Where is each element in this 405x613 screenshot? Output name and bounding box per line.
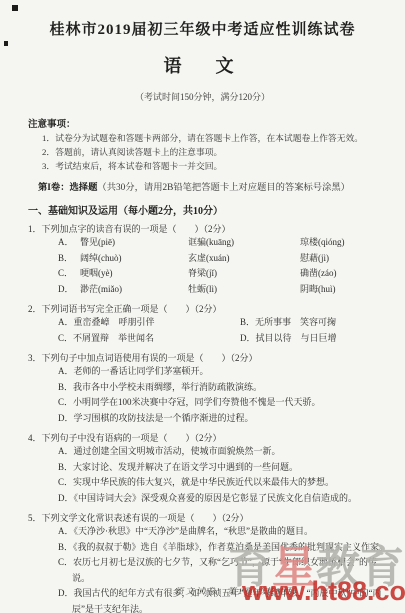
notice-item: 2．答题前，请认真阅读答题卡上的注意事项。 (42, 147, 395, 158)
option-text: C．不屑置辩 举世闻名 (58, 331, 240, 347)
question-5-stem: 5．下列文学文化常识表述有误的一项是（ ）（2分） (28, 512, 395, 524)
question-1-option-row: A． 瞥见(piē) 诓骗(kuāng) 琼楼(qióng) (58, 235, 405, 251)
option-word: 哽咽(yè) (80, 266, 188, 282)
option-word: 诓骗(kuāng) (188, 235, 300, 251)
option-word: 牡蛎(lì) (188, 282, 300, 298)
option-word: 阔绰(chuò) (80, 251, 188, 267)
option-text: B．无所事事 笑容可掬 (240, 315, 405, 331)
paper-title: 桂林市2019届初三年级中考适应性训练试卷 (12, 18, 393, 39)
option-word: 玄虚(xuán) (188, 251, 300, 267)
option-label: B． (58, 251, 80, 267)
question-3-option: B．我市各中小学校未雨绸缪，举行消防疏散演练。 (58, 380, 391, 396)
question-1-option-row: C． 哽咽(yè) 脊梁(jǐ) 确凿(záo) (58, 266, 405, 282)
question-3-option: A．老师的一番话让同学们茅塞顿开。 (58, 364, 391, 380)
exam-duration-note: （考试时间150分钟，满分120分） (0, 90, 405, 103)
option-label: C． (58, 266, 80, 282)
question-4-option: A．通过创建全国文明城市活动，使城市面貌焕然一新。 (58, 444, 391, 460)
question-4-stem: 4．下列句子中没有语病的一项是（ ）（2分） (28, 432, 395, 444)
question-2-option-row: A．重峦叠嶂 呼朋引伴 B．无所事事 笑容可掬 (58, 315, 405, 331)
exam-paper-page: 桂林市2019届初三年级中考适应性训练试卷 语 文 （考试时间150分钟，满分1… (0, 0, 405, 613)
option-text: A．重峦叠嶂 呼朋引伴 (58, 315, 240, 331)
option-word: 渺茫(miǎo) (80, 282, 188, 298)
option-text: D．拭目以待 与日巨增 (240, 331, 405, 347)
question-4-option: C．实现中华民族的伟大复兴，就是中华民族近代以来最伟大的梦想。 (58, 475, 391, 491)
option-word: 琼楼(qióng) (300, 235, 405, 251)
question-3-option: D．学习围棋的攻防技法是一个循序渐进的过程。 (58, 411, 391, 427)
notice-item: 1．试卷分为试题卷和答题卡两部分，请在答题卡上作答，在本试题卷上作答无效。 (42, 133, 395, 144)
scan-artifact-mark (4, 41, 8, 46)
question-2-stem: 2．下列词语书写完全正确一项是（ ）（2分） (28, 303, 395, 315)
scan-artifact-mark (12, 5, 18, 11)
option-word: 脊梁(jǐ) (188, 266, 300, 282)
notice-item: 3．考试结束后，将本试卷和答题卡一并交回。 (42, 161, 395, 172)
option-label: D． (58, 282, 80, 298)
notice-heading: 注意事项： (28, 116, 405, 130)
option-word: 确凿(záo) (300, 266, 405, 282)
part-one-heading: 一、基础知识及运用（每小题2分，共10分） (28, 202, 405, 217)
volume-heading: 第I卷：选择题（共30分，请用2B铅笔把答题卡上对应题目的答案标号涂黑） (38, 182, 395, 194)
option-label: A． (58, 235, 80, 251)
question-1-option-row: B． 阔绰(chuò) 玄虚(xuán) 慰藉(jì) (58, 251, 405, 267)
option-word: 瞥见(piē) (80, 235, 188, 251)
subject-title: 语 文 (0, 52, 405, 78)
option-word: 阴晦(huì) (300, 282, 405, 298)
question-1-stem: 1．下列加点字的读音有误的一项是（ ）（2分） (28, 223, 395, 235)
question-5-option: A．《天净沙·秋思》中“天净沙”是曲牌名，“秋思”是散曲的题目。 (58, 524, 391, 540)
question-3-option: C．小明同学在100米决赛中夺冠，同学们夸赞他不愧是一代天骄。 (58, 395, 391, 411)
question-2-option-row: C．不屑置辩 举世闻名 D．拭目以待 与日巨增 (58, 331, 405, 347)
question-4-option: D．《中国诗词大会》深受观众喜爱的原因是它彰显了民族文化自信造成的。 (58, 491, 391, 507)
volume-note: （共30分，请用2B铅笔把答题卡上对应题目的答案标号涂黑） (97, 183, 350, 193)
question-3-stem: 3．下列句子中加点词语使用有误的一项是（ ）（2分） (28, 352, 395, 364)
question-1-option-row: D． 渺茫(miǎo) 牡蛎(lì) 阴晦(huì) (58, 282, 405, 298)
question-4-option: B．大家讨论、发现并解决了在语文学习中遇到的一些问题。 (58, 460, 391, 476)
volume-label: 第I卷：选择题 (38, 183, 97, 193)
watermark-url: www.ht88.com (242, 578, 405, 605)
option-word: 慰藉(jì) (300, 251, 405, 267)
